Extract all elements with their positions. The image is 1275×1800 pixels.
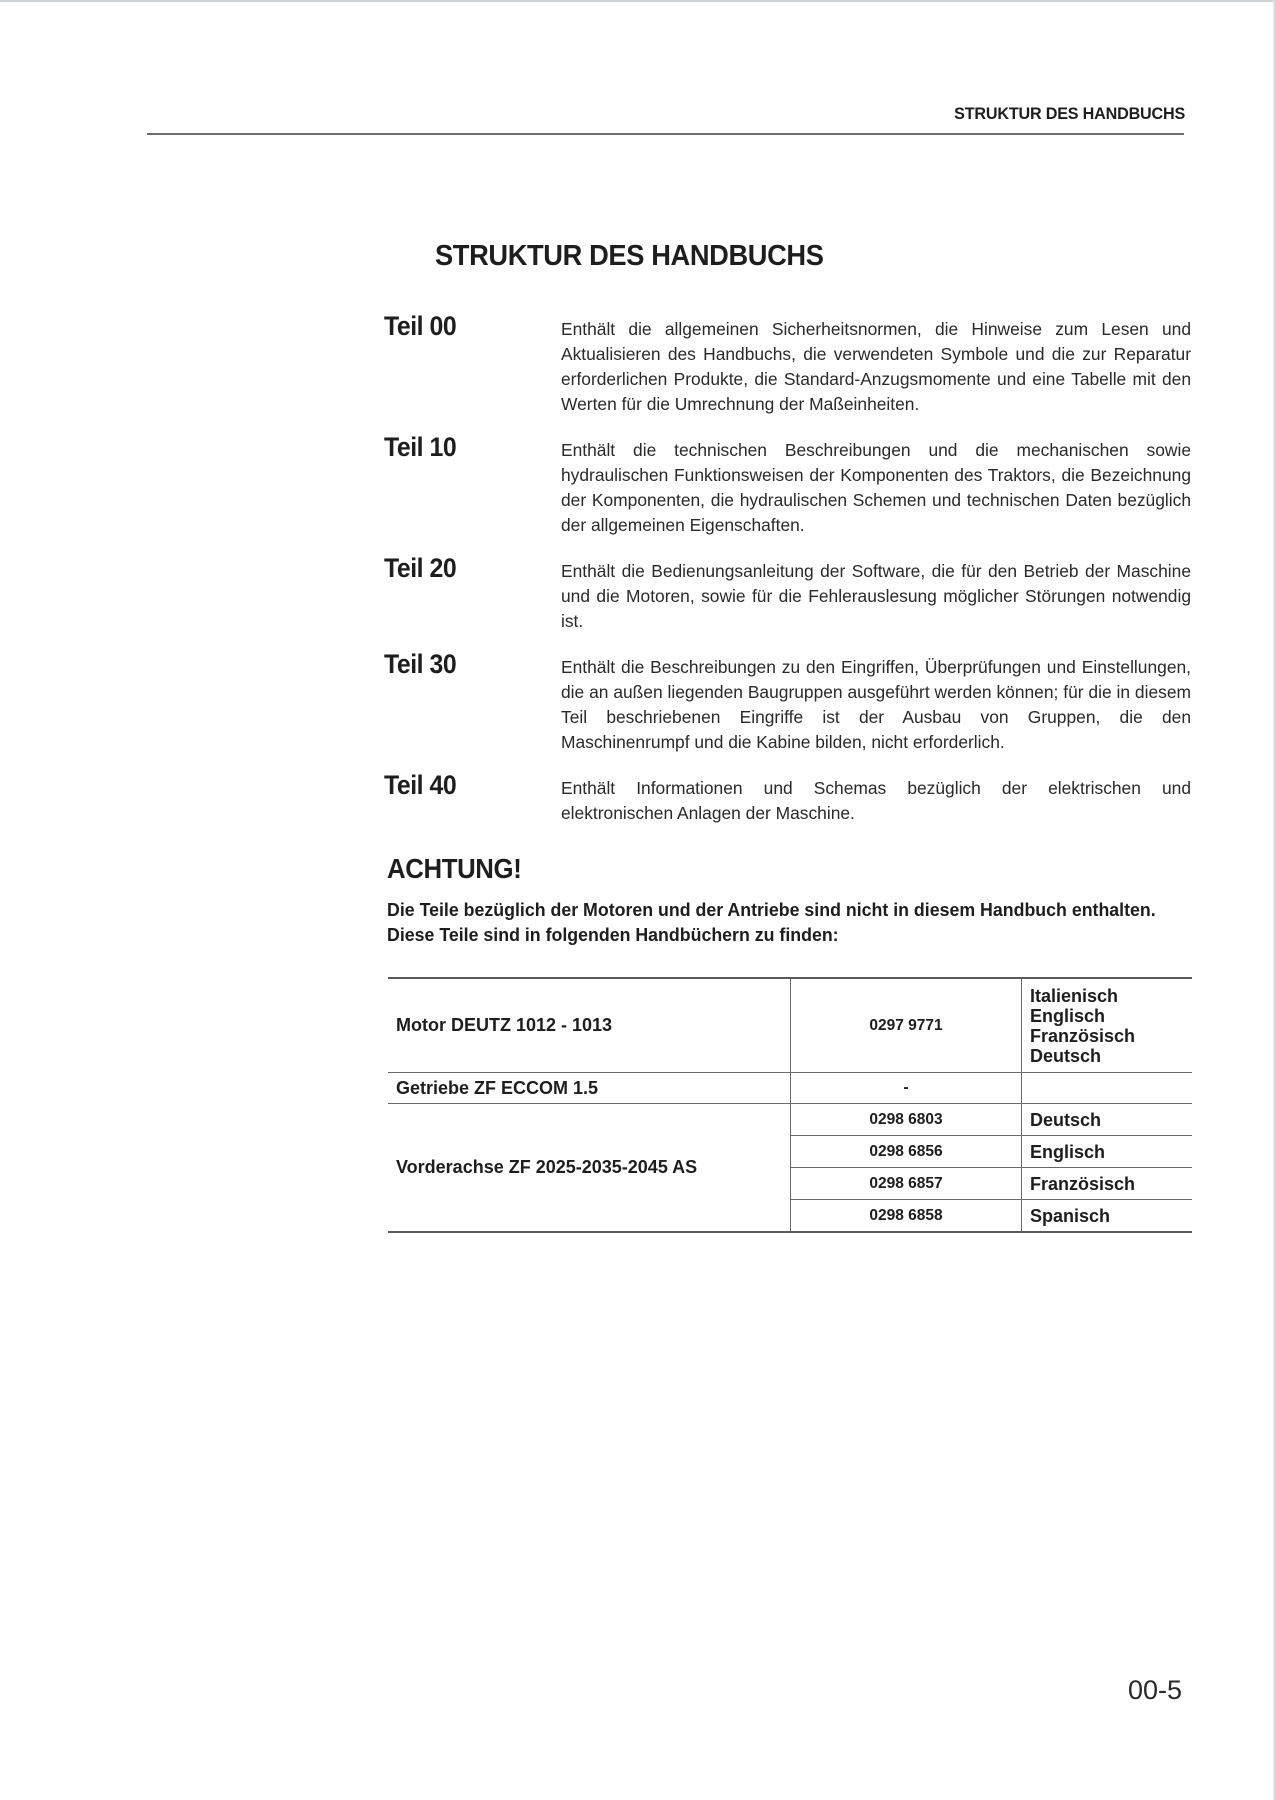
warning-title: ACHTUNG! xyxy=(387,853,521,885)
manuals-table: Motor DEUTZ 1012 - 1013 0297 9771 Italie… xyxy=(388,977,1192,1233)
manual-number: 0297 9771 xyxy=(791,978,1022,1073)
section-label: Teil 20 xyxy=(384,553,456,584)
manual-number: 0298 6856 xyxy=(791,1136,1022,1168)
manual-language: Deutsch xyxy=(1030,1046,1184,1066)
page-title: STRUKTUR DES HANDBUCHS xyxy=(435,240,824,273)
running-header: STRUKTUR DES HANDBUCHS xyxy=(954,104,1185,124)
manual-number: - xyxy=(791,1073,1022,1104)
manual-language: Französisch xyxy=(1022,1168,1193,1200)
header-rule xyxy=(147,133,1184,135)
manual-language: Englisch xyxy=(1022,1136,1193,1168)
table-row: Getriebe ZF ECCOM 1.5 - xyxy=(388,1073,1192,1104)
page-edge xyxy=(0,0,1275,2)
manual-language: Italienisch xyxy=(1030,986,1184,1006)
manual-language: Englisch xyxy=(1030,1006,1184,1026)
manual-name: Motor DEUTZ 1012 - 1013 xyxy=(388,978,791,1073)
section-text: Enthält Informationen und Schemas bezügl… xyxy=(561,776,1191,826)
section-label: Teil 10 xyxy=(384,432,456,463)
manual-name: Vorderachse ZF 2025-2035-2045 AS xyxy=(388,1104,791,1233)
manual-language: Spanisch xyxy=(1022,1200,1193,1233)
section-label: Teil 40 xyxy=(384,770,456,801)
section-label: Teil 00 xyxy=(384,311,456,342)
section-text: Enthält die Beschreibungen zu den Eingri… xyxy=(561,655,1191,755)
table-row: Vorderachse ZF 2025-2035-2045 AS 0298 68… xyxy=(388,1104,1192,1136)
manual-number: 0298 6858 xyxy=(791,1200,1022,1233)
section-text: Enthält die technischen Beschreibungen u… xyxy=(561,438,1191,538)
manual-name: Getriebe ZF ECCOM 1.5 xyxy=(388,1073,791,1104)
table-row: Motor DEUTZ 1012 - 1013 0297 9771 Italie… xyxy=(388,978,1192,1073)
manual-number: 0298 6803 xyxy=(791,1104,1022,1136)
section-text: Enthält die allgemeinen Sicherheitsnorme… xyxy=(561,317,1191,417)
manual-language xyxy=(1022,1073,1193,1104)
section-text: Enthält die Bedienungsanleitung der Soft… xyxy=(561,559,1191,634)
section-label: Teil 30 xyxy=(384,649,456,680)
manual-language: Deutsch xyxy=(1022,1104,1193,1136)
warning-text: Die Teile bezüglich der Motoren und der … xyxy=(387,897,1165,947)
manual-number: 0298 6857 xyxy=(791,1168,1022,1200)
manual-language: Französisch xyxy=(1030,1026,1184,1046)
page-number: 00-5 xyxy=(1128,1675,1182,1706)
manual-languages: Italienisch Englisch Französisch Deutsch xyxy=(1022,978,1193,1073)
